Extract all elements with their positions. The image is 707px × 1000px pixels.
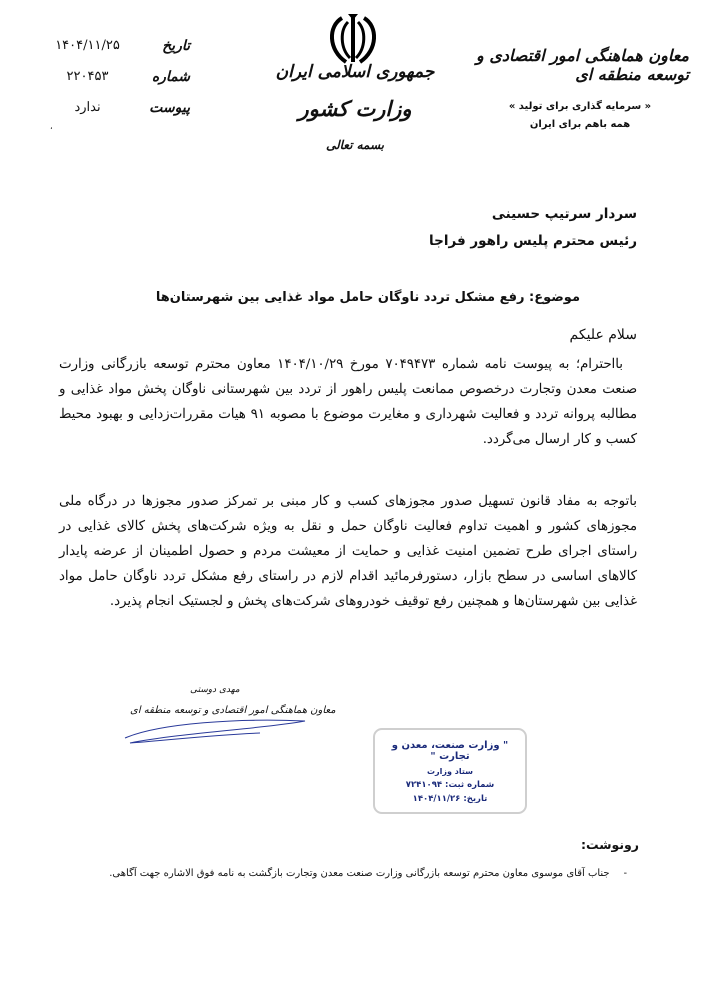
- number-value: ۲۲۰۴۵۳: [40, 69, 135, 84]
- attachment-row: پیوست ندارد: [40, 92, 190, 123]
- body-paragraph-1: بااحترام؛ به پیوست نامه شماره ۷۰۴۹۴۷۳ مو…: [59, 352, 637, 452]
- iran-emblem-icon: [318, 10, 388, 68]
- date-label: تاریخ: [135, 38, 190, 54]
- body-paragraph-2: باتوجه به مفاد قانون تسهیل صدور مجوزهای …: [59, 489, 637, 614]
- stamp-registration-number: شماره ثبت: ۷۲۴۱۰۹۴: [375, 780, 525, 790]
- date-value: ۱۴۰۴/۱۱/۲۵: [40, 38, 135, 53]
- stamp-office: ستاد وزارت: [375, 767, 525, 776]
- signer-name: مهدی دوستی: [190, 685, 240, 695]
- number-label: شماره: [135, 69, 190, 85]
- attachment-label: پیوست: [135, 100, 190, 116]
- letter-subject: موضوع: رفع مشکل تردد ناوگان حامل مواد غذ…: [156, 290, 580, 305]
- signature-scribble-icon: [120, 693, 310, 753]
- cc-bullet: -: [624, 868, 627, 879]
- invocation: بسمه تعالی: [270, 138, 440, 152]
- stamp-date: تاریخ: ۱۴۰۴/۱۱/۲۶: [375, 794, 525, 804]
- number-row: شماره ۲۲۰۴۵۳: [40, 61, 190, 92]
- cc-title: رونوشت:: [581, 837, 639, 852]
- slogan-line-2: همه باهم برای ایران: [470, 119, 690, 130]
- signature-block: مهدی دوستی معاون هماهنگی امور اقتصادی و …: [120, 683, 310, 743]
- cc-item-text: جناب آقای موسوی معاون محترم توسعه بازرگا…: [109, 868, 609, 879]
- organization-name: معاون هماهنگی امور اقتصادی و توسعه منطقه…: [429, 46, 689, 84]
- date-row: تاریخ ۱۴۰۴/۱۱/۲۵: [40, 30, 190, 61]
- letter-page: تاریخ ۱۴۰۴/۱۱/۲۵ شماره ۲۲۰۴۵۳ پیوست ندار…: [0, 0, 707, 1000]
- stamp-ministry: " وزارت صنعت، معدن و تجارت ": [375, 740, 525, 762]
- recipient-title: رئیس محترم پلیس راهور فراجا: [429, 233, 637, 249]
- signer-title: معاون هماهنگی امور اقتصادی و توسعه منطقه…: [130, 705, 336, 716]
- cc-list-item: - جناب آقای موسوی معاون محترم توسعه بازر…: [109, 868, 627, 879]
- registration-stamp: " وزارت صنعت، معدن و تجارت " ستاد وزارت …: [373, 728, 527, 814]
- slogan-line-1: « سرمایه گذاری برای تولید »: [470, 101, 690, 112]
- greeting: سلام علیکم: [570, 327, 637, 343]
- meta-mark: ،: [50, 122, 53, 131]
- letter-meta: تاریخ ۱۴۰۴/۱۱/۲۵ شماره ۲۲۰۴۵۳ پیوست ندار…: [40, 30, 190, 123]
- recipient-name: سردار سرتیپ حسینی: [492, 206, 637, 222]
- attachment-value: ندارد: [40, 100, 135, 115]
- ministry-name: وزارت کشور: [270, 96, 440, 121]
- country-name: جمهوری اسلامی ایران: [270, 62, 440, 82]
